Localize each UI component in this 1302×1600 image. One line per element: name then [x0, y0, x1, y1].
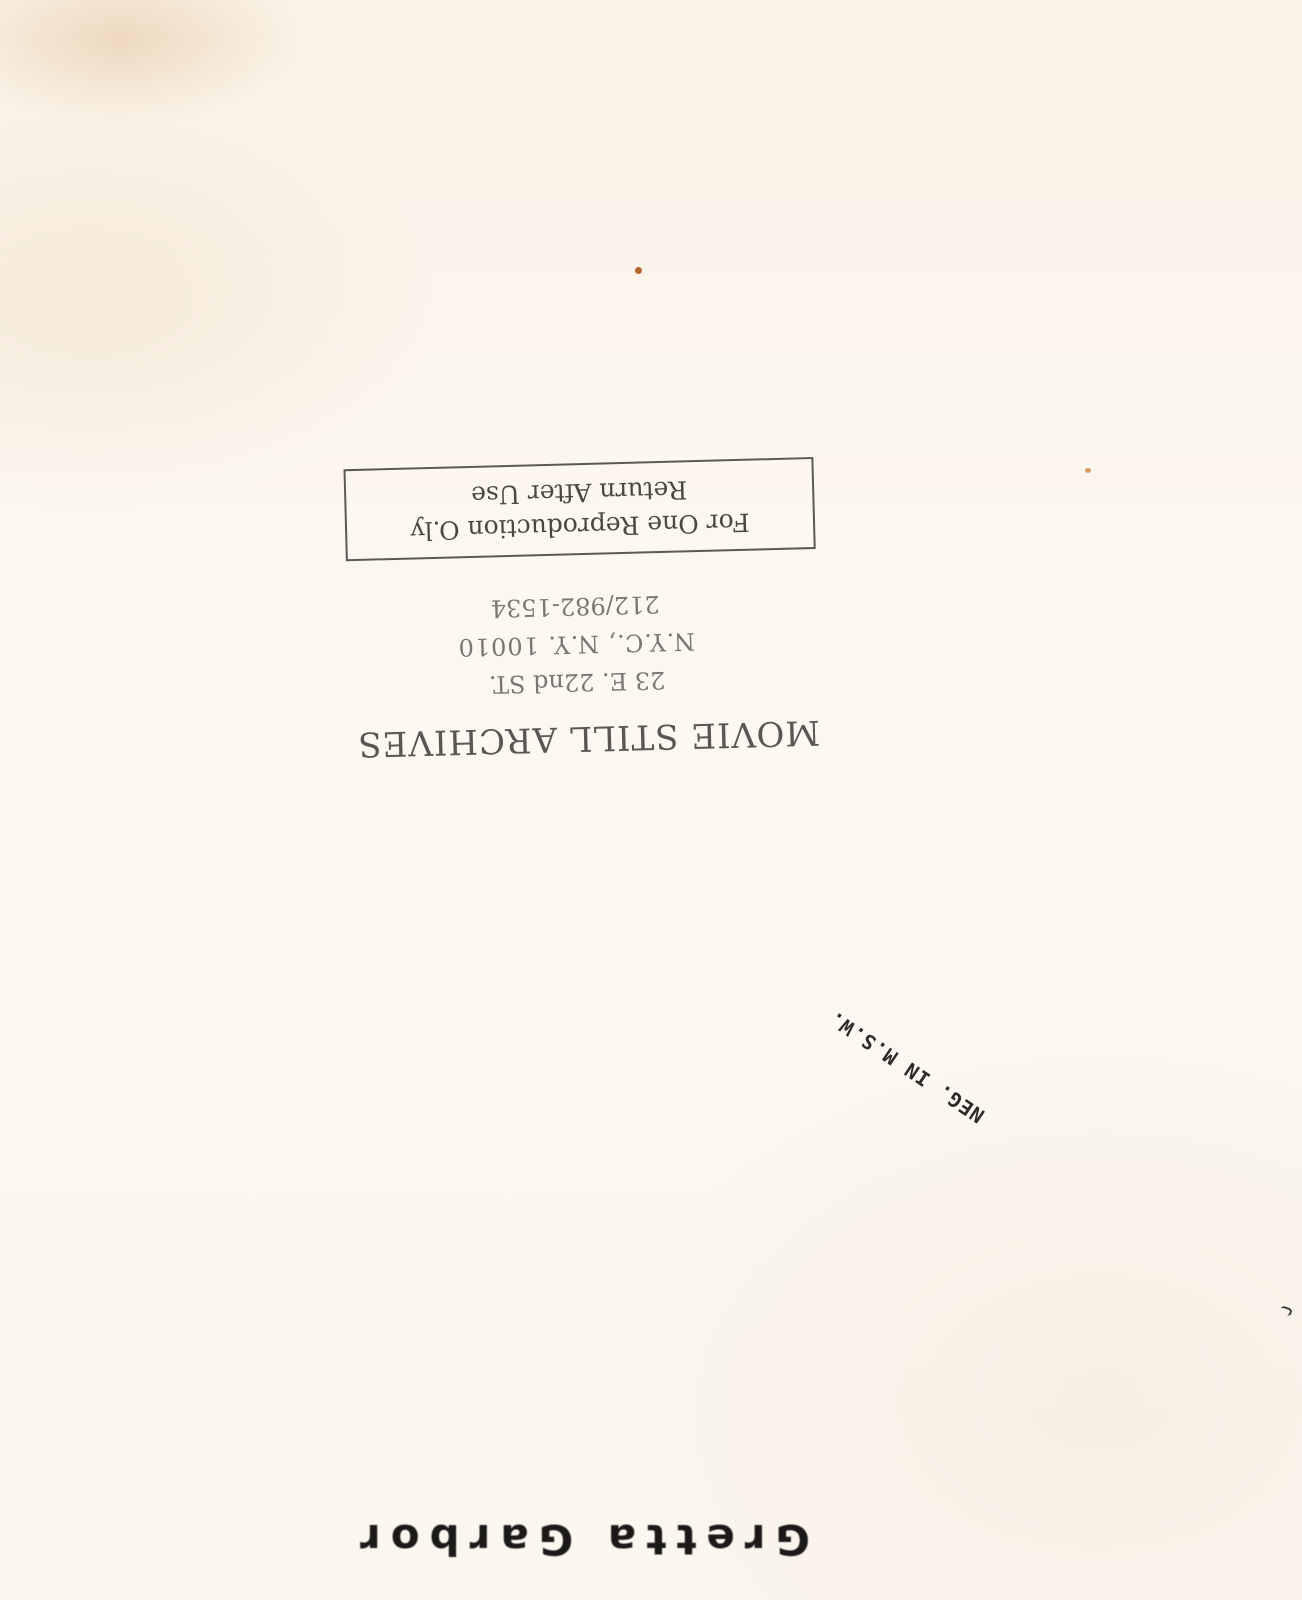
stain-spot	[1085, 468, 1091, 473]
company-name: MOVIE STILL ARCHIVES	[328, 711, 849, 765]
reproduction-notice-box: For One Reproduction O.ly Return After U…	[343, 457, 815, 561]
city-address: N.Y.C., N.Y. 10010	[406, 626, 747, 663]
phone-number: 212/982-1534	[425, 588, 726, 624]
street-address: 23 E. 22nd ST.	[407, 664, 748, 701]
stain-spot	[635, 267, 642, 274]
archive-stamp: MOVIE STILL ARCHIVES 23 E. 22nd ST. N.Y.…	[331, 424, 840, 777]
paper-background	[0, 0, 1302, 1600]
handwritten-name: Gretta Garbor	[325, 1515, 835, 1564]
